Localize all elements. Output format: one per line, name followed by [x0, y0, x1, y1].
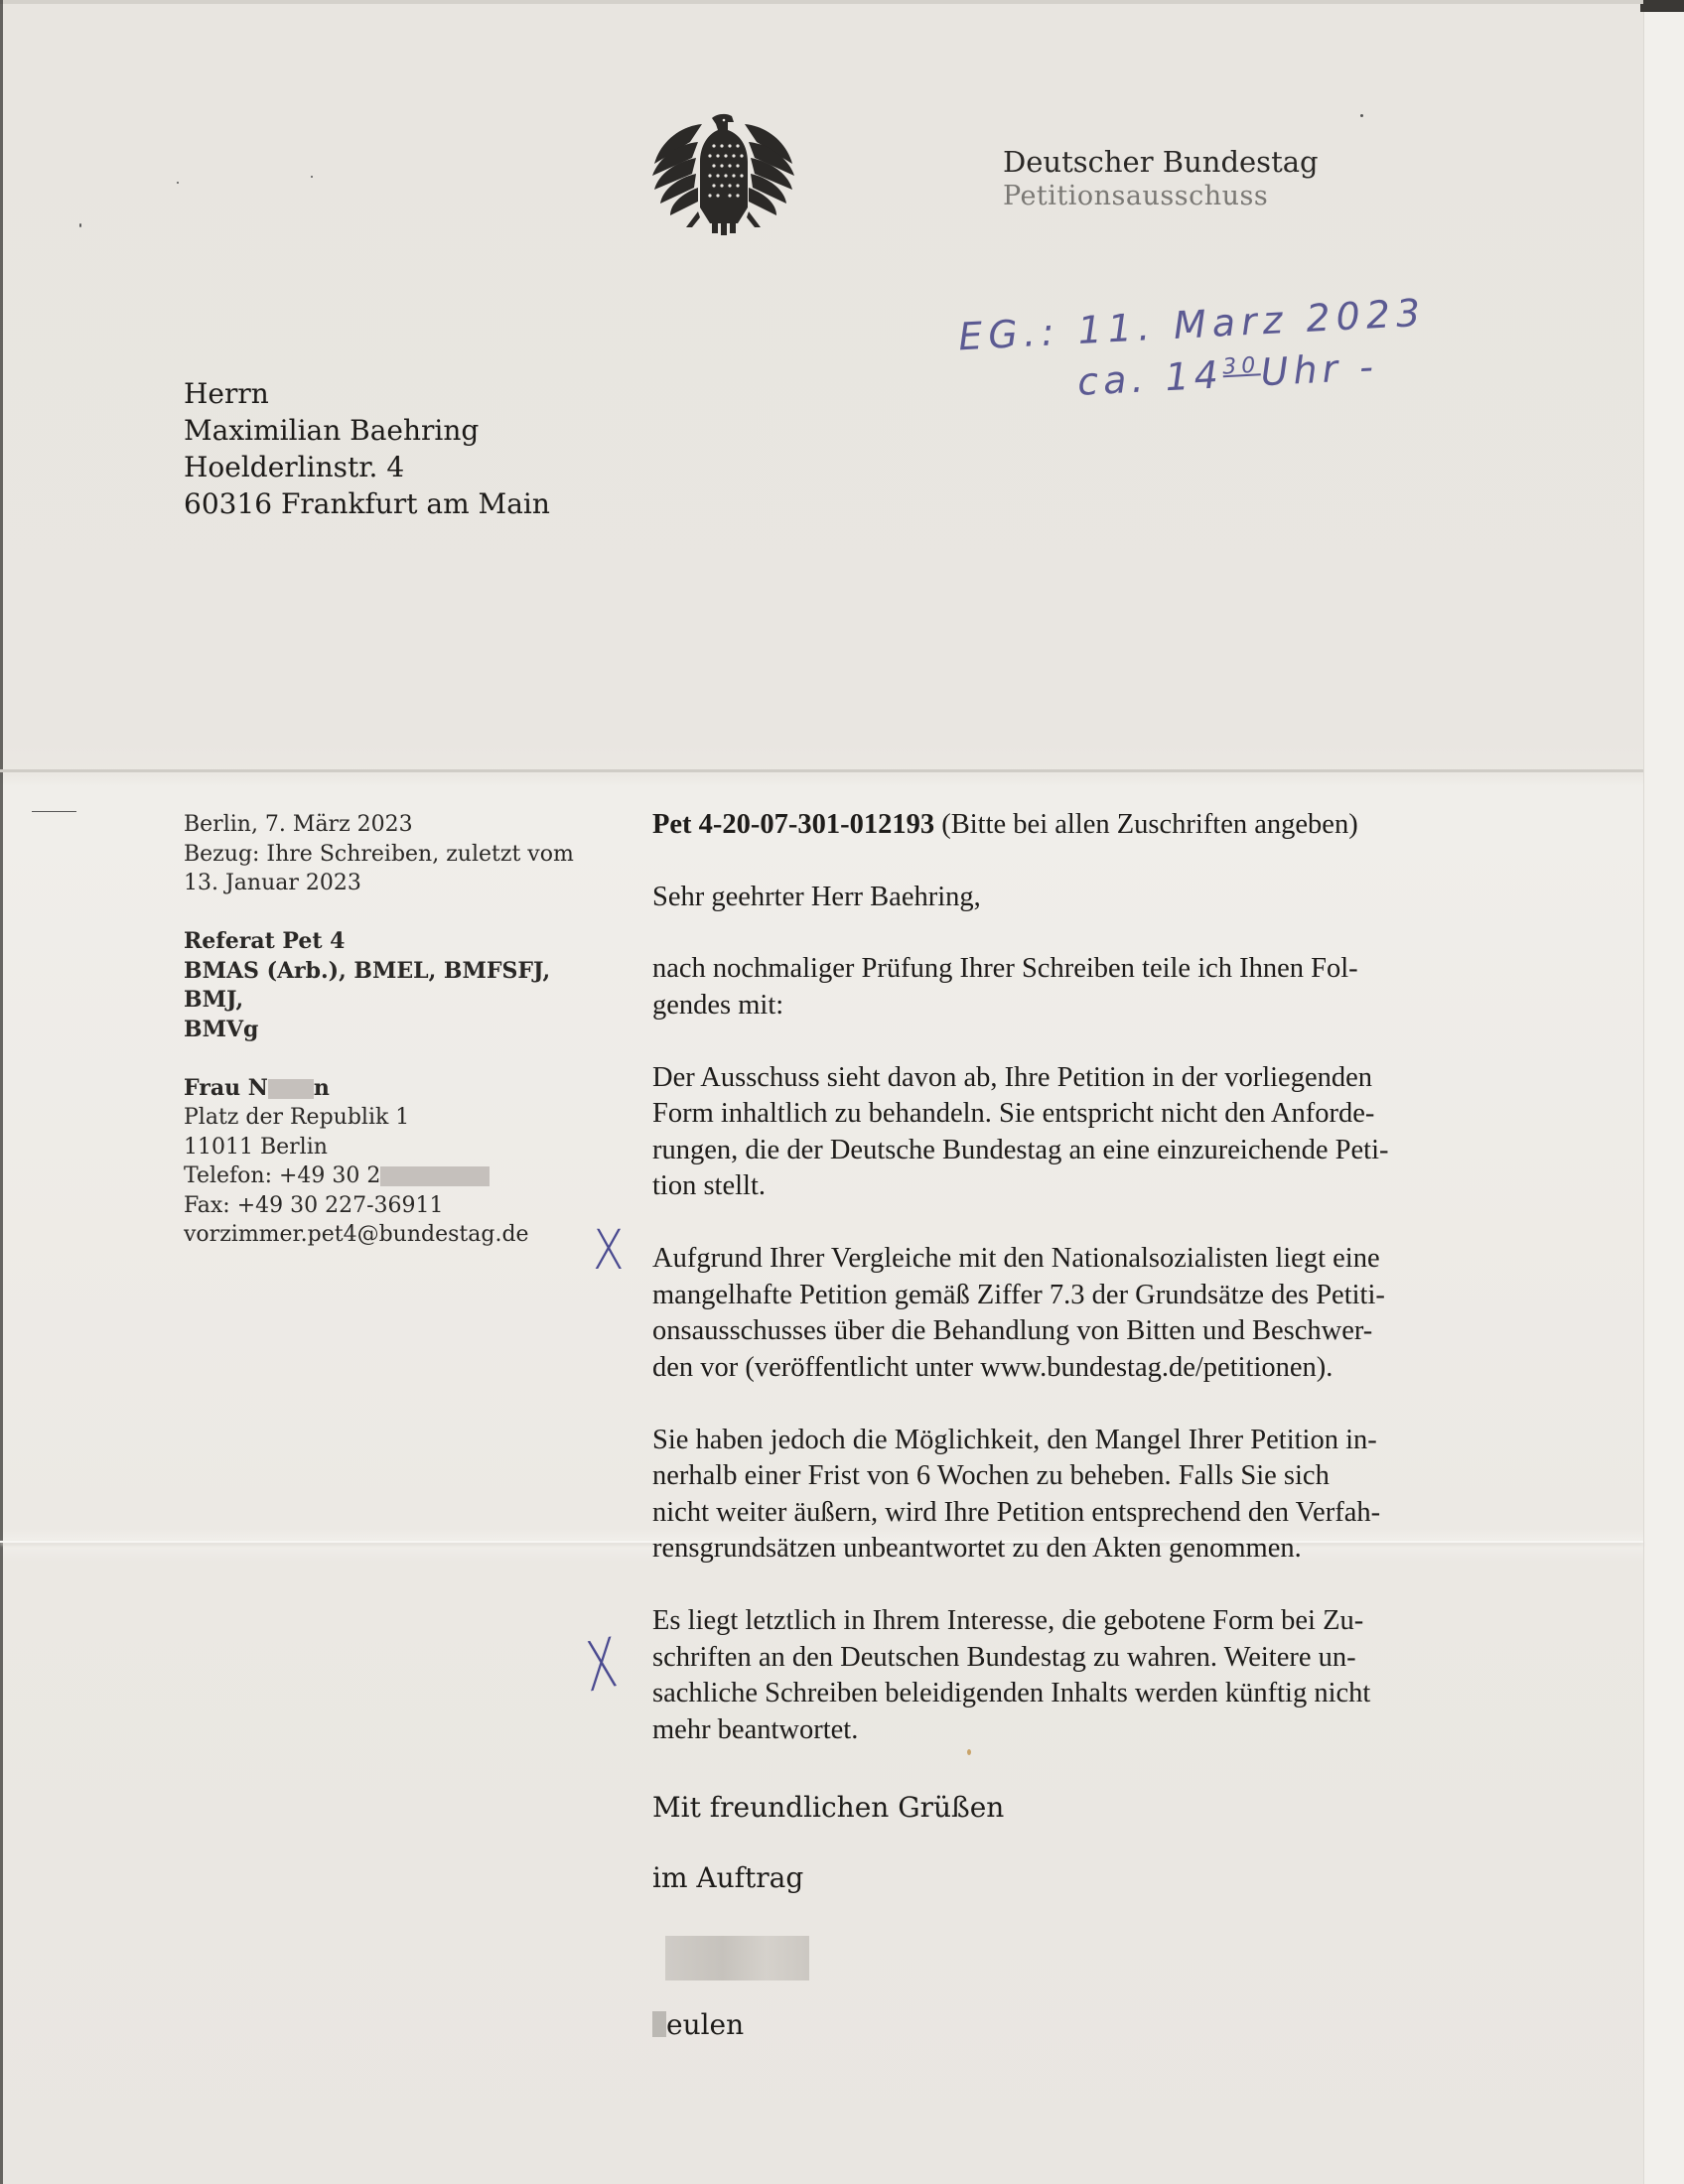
paper-fold — [0, 769, 1643, 772]
scan-speck — [79, 223, 81, 227]
fax-number: Fax: +49 30 227-36911 — [184, 1191, 611, 1221]
signer-name: eulen — [652, 2008, 744, 2041]
body-paragraph: nach nochmaliger Prüfung Ihrer Schreiben… — [652, 951, 1576, 1024]
fold-mark — [32, 811, 76, 812]
scan-speck — [967, 1749, 971, 1755]
department-name: Petitionsausschuss — [1003, 180, 1319, 213]
reference-line: Bezug: Ihre Schreiben, zuletzt vom — [184, 840, 611, 870]
greeting: Sehr geehrter Herr Baehring, — [652, 880, 1576, 916]
closing-block: Mit freundlichen Grüßen im Auftrag — [652, 1791, 1004, 1894]
recipient-name: Maximilian Baehring — [184, 412, 550, 449]
email-address: vorzimmer.pet4@bundestag.de — [184, 1220, 611, 1250]
sender-street: Platz der Republik 1 — [184, 1103, 611, 1133]
scan-speck — [177, 182, 179, 184]
reference-number: Pet 4-20-07-301-012193 — [652, 809, 934, 840]
redacted-phone — [380, 1166, 490, 1186]
department-label: Referat Pet 4 — [184, 927, 611, 957]
on-behalf-label: im Auftrag — [652, 1861, 1004, 1894]
handwritten-time-minutes: 30 — [1222, 353, 1261, 380]
contact-person: Frau Nn — [184, 1074, 611, 1104]
reference-note: (Bitte bei allen Zuschriften angeben) — [941, 809, 1357, 840]
redacted-signature — [665, 1936, 809, 1980]
scan-speck — [1360, 114, 1363, 117]
handwritten-time-suffix: Uhr - — [1260, 344, 1379, 394]
handwritten-time: ca. 1430Uhr - — [1076, 344, 1379, 404]
reference-date: 13. Januar 2023 — [184, 869, 611, 898]
scan-edge — [1643, 0, 1684, 2184]
handwritten-x-mark: X — [593, 1218, 625, 1283]
scan-speck — [311, 176, 313, 178]
scan-corner — [1640, 0, 1684, 12]
recipient-address: Herrn Maximilian Baehring Hoelderlinstr.… — [184, 375, 550, 522]
sender-info-block: Berlin, 7. März 2023 Bezug: Ihre Schreib… — [184, 810, 611, 1250]
ministries-line: BMAS (Arb.), BMEL, BMFSFJ, BMJ, — [184, 957, 611, 1016]
redacted-initial — [652, 2011, 666, 2037]
phone-number: Telefon: +49 30 2 — [184, 1161, 611, 1191]
place-date: Berlin, 7. März 2023 — [184, 810, 611, 840]
body-paragraph: Es liegt letztlich in Ihrem Interesse, d… — [652, 1603, 1576, 1748]
letterhead-organization: Deutscher Bundestag Petitionsausschuss — [1003, 144, 1319, 213]
sender-city: 11011 Berlin — [184, 1133, 611, 1162]
recipient-street: Hoelderlinstr. 4 — [184, 449, 550, 485]
handwritten-time-hour: ca. 14 — [1076, 352, 1224, 404]
bundesadler-eagle-icon — [650, 112, 796, 235]
paper-top-edge — [0, 0, 1643, 4]
reference-number-line: Pet 4-20-07-301-012193 (Bitte bei allen … — [652, 807, 1576, 844]
body-paragraph: Der Ausschuss sieht davon ab, Ihre Petit… — [652, 1060, 1576, 1205]
ministries-line: BMVg — [184, 1016, 611, 1045]
closing-phrase: Mit freundlichen Grüßen — [652, 1791, 1004, 1824]
recipient-salutation: Herrn — [184, 375, 550, 412]
letter-body: Pet 4-20-07-301-012193 (Bitte bei allen … — [652, 807, 1576, 1785]
redacted-name — [268, 1079, 314, 1099]
recipient-city: 60316 Frankfurt am Main — [184, 485, 550, 522]
organization-name: Deutscher Bundestag — [1003, 144, 1319, 180]
body-paragraph: Aufgrund Ihrer Vergleiche mit den Nation… — [652, 1241, 1576, 1386]
handwritten-note: EG.: 11. Marz 2023 ca. 1430Uhr - — [958, 303, 1514, 422]
scan-left-edge — [0, 0, 3, 2184]
body-paragraph: Sie haben jedoch die Möglichkeit, den Ma… — [652, 1423, 1576, 1568]
